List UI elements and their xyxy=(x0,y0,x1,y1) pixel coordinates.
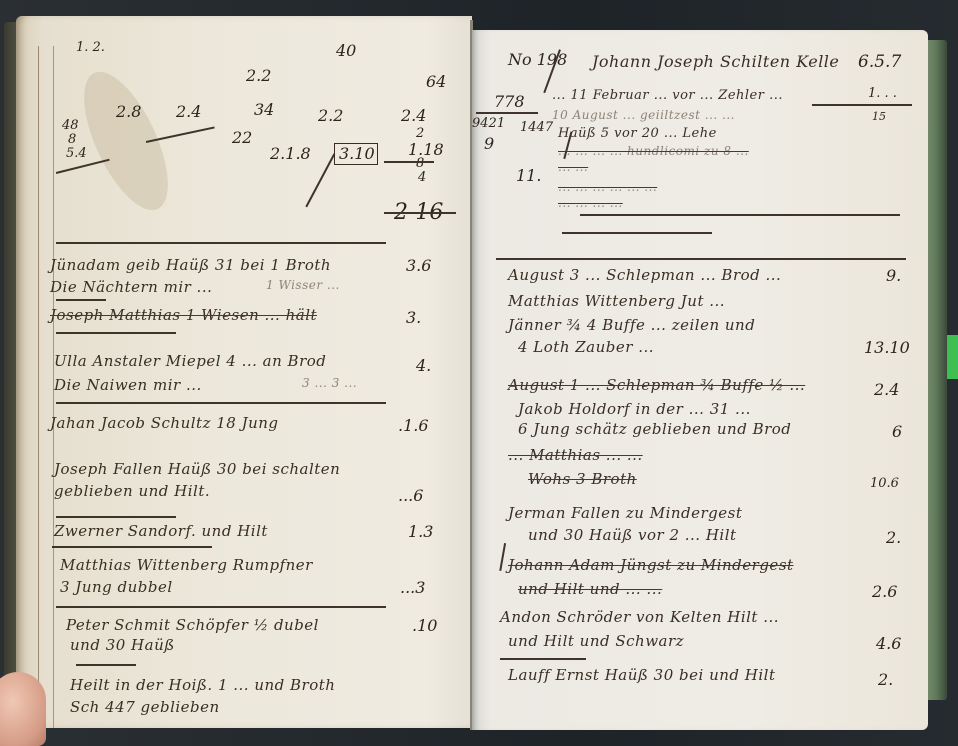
calc-value: 8 xyxy=(68,132,76,147)
entry-amount: 2.4 xyxy=(874,380,899,399)
entry-amount: 2. xyxy=(878,670,893,689)
entry-text: ... ... ... ... hundlicomi zu 8 ... xyxy=(558,144,749,158)
entry-text: Jerman Fallen zu Mindergest xyxy=(508,504,742,522)
calc-scribble: 1. 2. xyxy=(76,40,105,55)
calc-value: 22 xyxy=(232,128,252,147)
margin-note: 1447 xyxy=(520,120,553,135)
entry-text: 6 Jung schätz geblieben und Brod xyxy=(518,420,791,438)
entry-amount: 3. xyxy=(406,308,421,327)
entry-text: Andon Schröder von Kelten Hilt ... xyxy=(500,608,779,626)
entry-text: August 1 ... Schlepman ¾ Buffe ½ ... xyxy=(508,376,805,394)
entry-text: ... 11 Februar ... vor ... Zehler ... xyxy=(552,88,783,103)
ink-stain xyxy=(67,60,185,221)
entry-amount: 4. xyxy=(416,356,431,375)
rule-line xyxy=(52,546,212,548)
entry-amount: ...3 xyxy=(400,578,425,597)
entry-amount: 1. . . xyxy=(868,86,897,101)
entry-text: Matthias Wittenberg Jut ... xyxy=(508,292,725,310)
boxed-total-value: 3.10 xyxy=(339,144,375,163)
entry-text: Die Naiwen mir ... xyxy=(54,376,202,394)
account-amount: 6.5.7 xyxy=(858,52,901,72)
entry-text: ... ... ... ... xyxy=(558,196,623,210)
margin-note: 9421 xyxy=(472,116,505,131)
entry-text: Matthias Wittenberg Rumpfner xyxy=(60,556,313,574)
entry-text: Jänner ¾ 4 Buffe ... zeilen und xyxy=(508,316,755,334)
calc-value: 2.4 xyxy=(176,102,201,121)
entry-text: und Hilt und Schwarz xyxy=(508,632,684,650)
calc-value: 40 xyxy=(336,41,356,60)
rule-line xyxy=(476,112,538,114)
entry-text: 3 Jung dubbel xyxy=(60,578,173,596)
entry-amount: ...6 xyxy=(398,486,423,505)
calc-value: 2.8 xyxy=(116,102,141,121)
rule-line xyxy=(812,104,912,106)
entry-text: ... ... xyxy=(558,160,588,174)
entry-note: 3 ... 3 ... xyxy=(302,376,357,390)
rule-line xyxy=(580,214,900,216)
calc-value: 2 xyxy=(416,126,424,141)
entry-amount: 10.6 xyxy=(870,476,899,491)
entry-amount: 3.6 xyxy=(406,256,431,275)
calc-value: 2.1.8 xyxy=(270,144,311,163)
entry-text: Heilt in der Hoiß. 1 ... und Broth xyxy=(70,676,335,694)
right-page: No 198 Johann Joseph Schilten Kelle 6.5.… xyxy=(472,30,928,730)
entry-text: und 30 Haüß xyxy=(70,636,175,654)
entry-text: 4 Loth Zauber ... xyxy=(518,338,654,356)
entry-amount: 6 xyxy=(892,422,902,441)
entry-text: August 3 ... Schlepman ... Brod ... xyxy=(508,266,781,284)
entry-text: Haüß 5 vor 20 ... Lehe xyxy=(558,126,717,141)
entry-text: geblieben und Hilt. xyxy=(54,482,210,500)
entry-amount: 9. xyxy=(886,266,901,285)
calc-value: 34 xyxy=(254,100,274,119)
entry-text: und Hilt und ... ... xyxy=(518,580,662,598)
rule-line xyxy=(500,658,586,660)
calc-value: 48 xyxy=(62,118,79,133)
entry-text: Zwerner Sandorf. und Hilt xyxy=(54,522,268,540)
margin-note: 778 xyxy=(494,92,525,111)
section-divider xyxy=(56,606,386,608)
rule-line xyxy=(562,232,712,234)
entry-text: Ulla Anstaler Miepel 4 ... an Brod xyxy=(54,352,326,370)
calc-value: 1.18 xyxy=(408,140,444,159)
entry-text: und 30 Haüß vor 2 ... Hilt xyxy=(528,526,737,544)
entry-amount: 2.6 xyxy=(872,582,897,601)
book-cover-right xyxy=(925,40,947,700)
entry-text: Joseph Matthias 1 Wiesen ... hält xyxy=(50,306,317,324)
entry-text: Jakob Holdorf in der ... 31 ... xyxy=(518,400,751,418)
rule-line xyxy=(56,332,176,334)
account-title: Johann Joseph Schilten Kelle xyxy=(592,52,839,71)
rule-line xyxy=(56,516,176,518)
entry-amount: 13.10 xyxy=(864,338,910,357)
margin-note: 11. xyxy=(516,166,541,185)
entry-amount: 1.3 xyxy=(408,522,433,541)
left-page: 1. 2. 2.2 40 64 2.8 2.4 34 2.2 2.4 48 8 … xyxy=(16,16,472,728)
entry-text: ... Matthias ... ... xyxy=(508,446,643,464)
entry-text: Die Nächtern mir ... xyxy=(50,278,212,296)
margin-note: 9 xyxy=(484,134,494,153)
entry-amount: 15 xyxy=(872,110,886,123)
entry-amount: .1.6 xyxy=(398,416,429,435)
entry-amount: 4.6 xyxy=(876,634,901,653)
entry-text: Sch 447 geblieben xyxy=(70,698,220,716)
entry-text: ... ... ... ... ... ... xyxy=(558,180,657,194)
entry-text: Joseph Fallen Haüß 30 bei schalten xyxy=(54,460,340,478)
entry-text: Wohs 3 Broth xyxy=(528,470,637,488)
rule-line xyxy=(499,543,505,571)
calc-value: 64 xyxy=(426,72,446,91)
calc-value: 2.2 xyxy=(246,66,271,85)
entry-text: Jahan Jacob Schultz 18 Jung xyxy=(50,414,279,432)
entry-text: 10 August ... geiiltzest ... ... xyxy=(552,108,735,122)
hand-finger xyxy=(0,672,46,746)
calc-value: 5.4 xyxy=(66,146,87,161)
entry-note: 1 Wisser ... xyxy=(266,278,340,292)
rule-line xyxy=(76,664,136,666)
section-divider xyxy=(496,258,906,260)
calc-value: 8 xyxy=(416,156,424,171)
entry-text: Lauff Ernst Haüß 30 bei und Hilt xyxy=(508,666,775,684)
rule-line xyxy=(384,161,434,163)
entry-text: Johann Adam Jüngst zu Mindergest xyxy=(508,556,794,574)
entry-amount: .10 xyxy=(412,616,437,635)
calc-value: 2.4 xyxy=(401,106,426,125)
entry-amount: 2. xyxy=(886,528,901,547)
section-divider xyxy=(56,242,386,244)
section-divider xyxy=(56,402,386,404)
page-stack-edges xyxy=(38,46,54,728)
entry-text: Jünadam geib Haüß 31 bei 1 Broth xyxy=(50,256,331,274)
entry-text: Peter Schmit Schöpfer ½ dubel xyxy=(66,616,319,634)
boxed-total: 3.10 xyxy=(334,143,378,165)
calc-value: 4 xyxy=(418,170,426,185)
calc-value: 2.2 xyxy=(318,106,343,125)
rule-line xyxy=(56,299,106,301)
rule-line xyxy=(384,212,456,214)
